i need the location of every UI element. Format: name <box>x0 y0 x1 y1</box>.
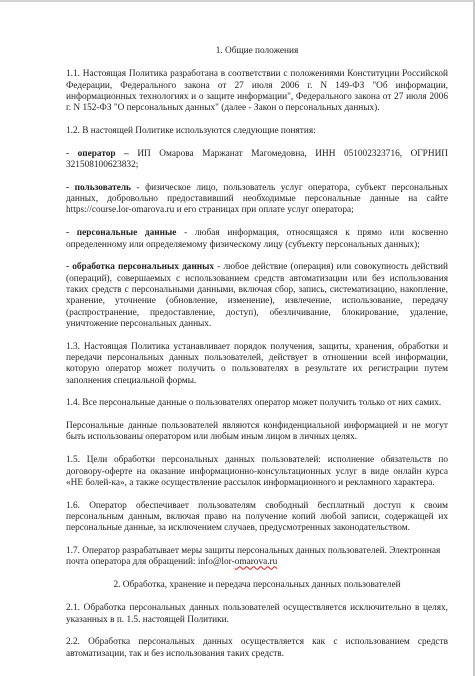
paragraph-1-3: 1.3. Настоящая Политика устанавливает по… <box>66 342 448 387</box>
paragraph-1-1: 1.1. Настоящая Политика разработана в со… <box>66 69 448 114</box>
section-1-heading: 1. Общие положения <box>66 46 448 57</box>
paragraph-1-6: 1.6. Оператор обеспечивает пользователям… <box>66 501 448 535</box>
paragraph-confidential: Персональные данные пользователей являют… <box>66 421 448 444</box>
definition-operator: - оператор – ИП Омарова Маржанат Магомед… <box>66 149 448 172</box>
document-body: 1. Общие положения 1.1. Настоящая Полити… <box>66 46 448 672</box>
definition-personal-data: - персональные данные - любая информация… <box>66 228 448 251</box>
paragraph-2-1: 2.1. Обработка персональных данных польз… <box>66 603 448 626</box>
paragraph-1-7: 1.7. Оператор разрабатывает меры защиты … <box>66 546 448 569</box>
paragraph-1-2: 1.2. В настоящей Политике используются с… <box>66 126 448 137</box>
paragraph-2-2: 2.2. Обработка персональных данных осуще… <box>66 637 448 660</box>
paragraph-1-5: 1.5. Цели обработки персональных данных … <box>66 455 448 489</box>
document-page: 1. Общие положения 1.1. Настоящая Полити… <box>0 0 475 676</box>
paragraph-1-4: 1.4. Все персональные данные о пользоват… <box>66 398 448 409</box>
definition-user: - пользователь - физическое лицо, пользо… <box>66 183 448 217</box>
definition-term: - оператор – <box>66 149 129 159</box>
definition-term: - пользователь <box>66 183 131 193</box>
operator-email-link[interactable]: omarova.ru <box>235 557 278 567</box>
definition-term: - обработка персональных данных <box>66 262 214 272</box>
definition-data-processing: - обработка персональных данных - любое … <box>66 262 448 330</box>
section-2-heading: 2. Обработка, хранение и передача персон… <box>66 580 448 591</box>
definition-term: - персональные данные <box>66 228 176 238</box>
